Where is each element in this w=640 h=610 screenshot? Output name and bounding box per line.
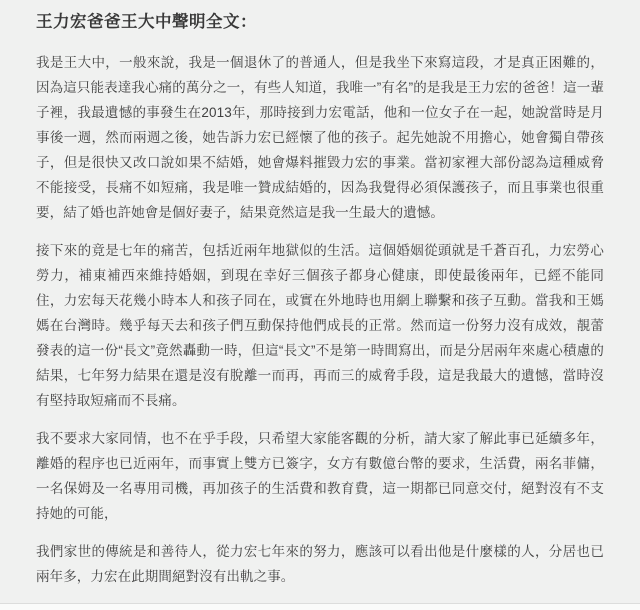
statement-content: 王力宏爸爸王大中聲明全文： 我是王大中，一般來說，我是一個退休了的普通人，但是我… bbox=[0, 0, 640, 589]
statement-page: 王力宏爸爸王大中聲明全文： 我是王大中，一般來說，我是一個退休了的普通人，但是我… bbox=[0, 0, 640, 610]
statement-paragraph-2: 接下來的竟是七年的痛苦，包括近兩年地獄似的生活。這個婚姻從頭就是千蒼百孔，力宏勞… bbox=[36, 238, 604, 413]
statement-paragraph-3: 我不要求大家同情，也不在乎手段，只希望大家能客觀的分析，請大家了解此事已延續多年… bbox=[36, 426, 604, 526]
bottom-divider bbox=[0, 603, 640, 610]
statement-title: 王力宏爸爸王大中聲明全文： bbox=[36, 10, 604, 34]
statement-paragraph-1: 我是王大中，一般來說，我是一個退休了的普通人，但是我坐下來寫這段，才是真正困難的… bbox=[36, 50, 604, 225]
statement-paragraph-4: 我們家世的傳統是和善待人，從力宏七年來的努力，應該可以看出他是什麼樣的人，分居也… bbox=[36, 539, 604, 589]
